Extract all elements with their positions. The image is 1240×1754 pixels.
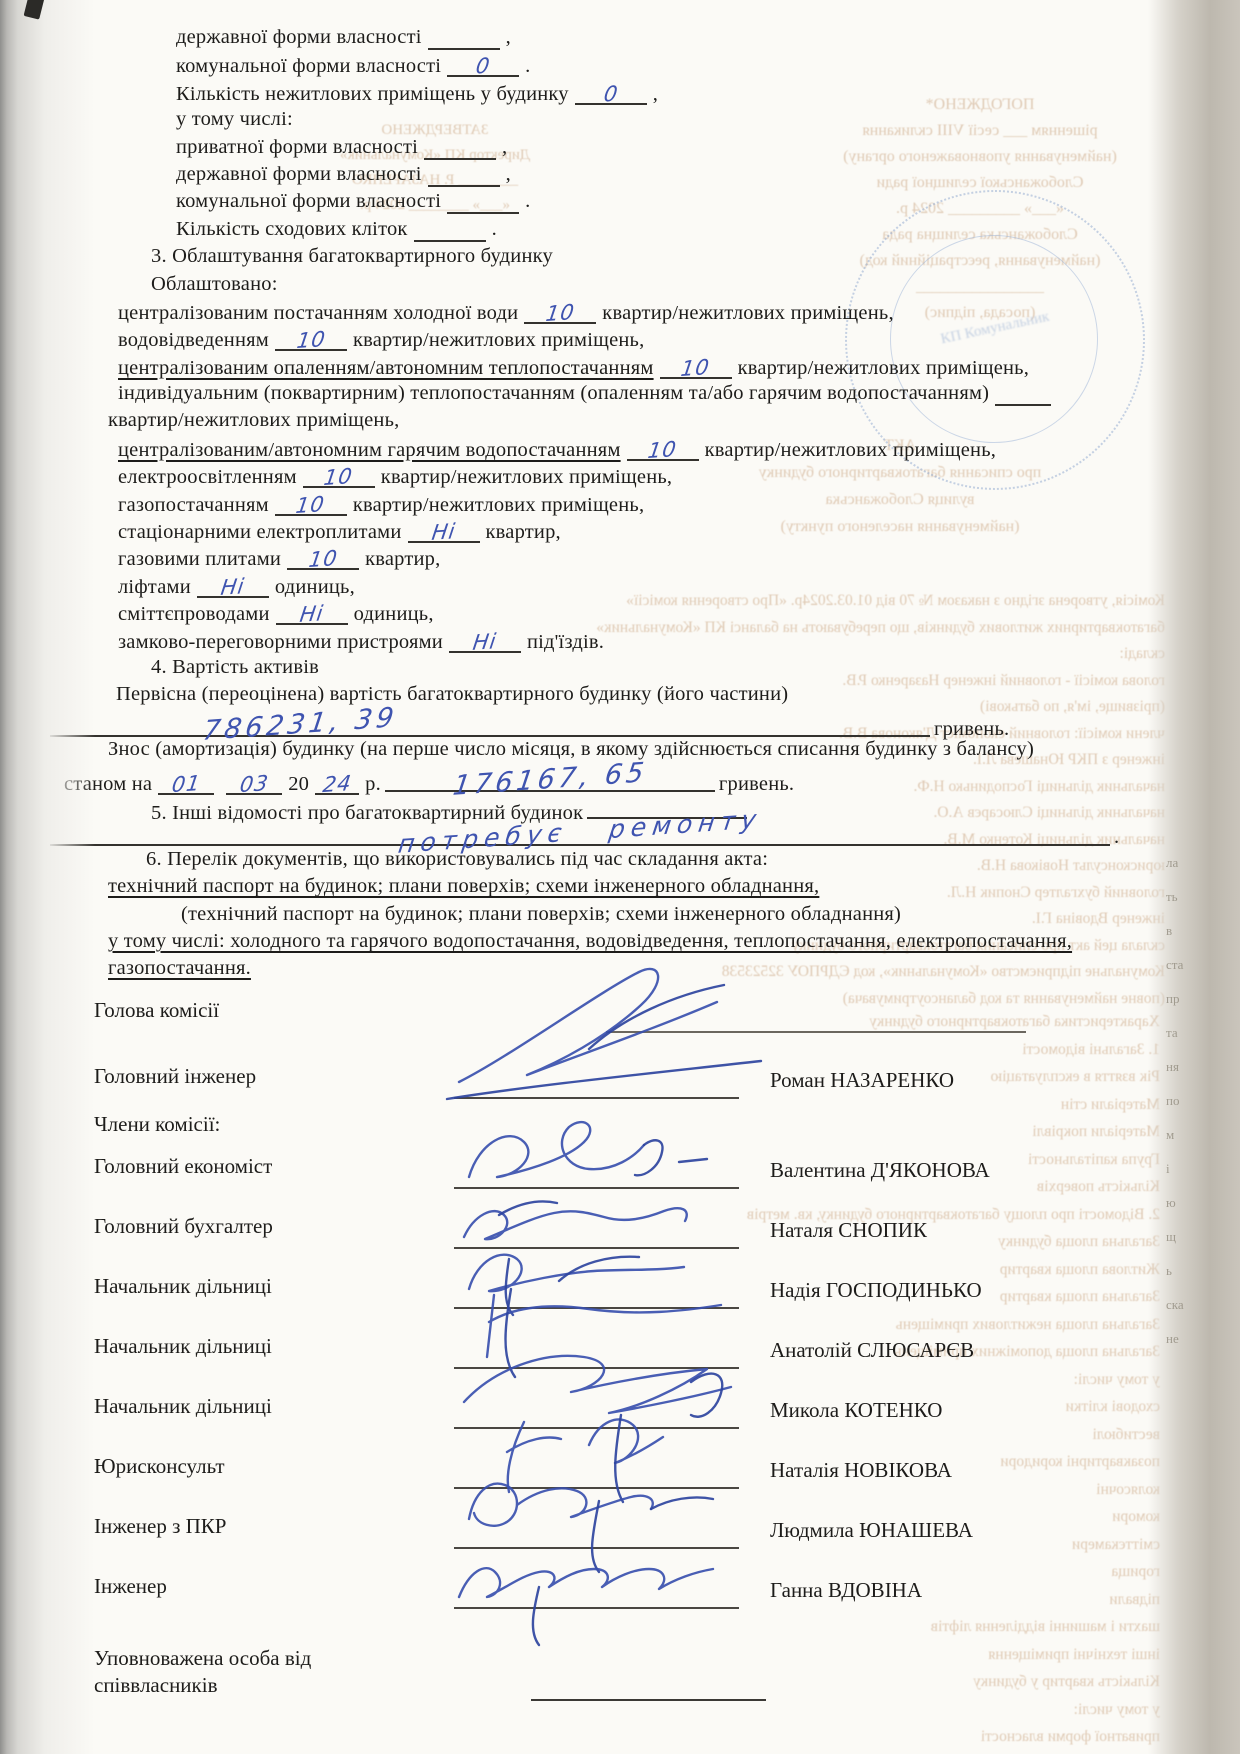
signature-line <box>454 1097 739 1099</box>
form-line-private-ownership: приватної форми власності, <box>176 136 1166 163</box>
section3-heading: 3. Облаштування багатоквартирного будинк… <box>151 245 1166 272</box>
role-label: Уповноважена особа від співвласників <box>94 1645 394 1699</box>
printed-name: Надія ГОСПОДИНЬКО <box>770 1278 982 1303</box>
filled-field: Ні <box>408 519 480 543</box>
other-info-value-line: потребує ремонту. <box>46 820 1166 847</box>
year-field: 24 <box>315 771 359 795</box>
signature-chief-engineer <box>439 957 769 1107</box>
role-label: Головний інженер <box>94 1064 256 1089</box>
printed-name: Ганна ВДОВІНА <box>770 1578 922 1603</box>
form-line-communal-ownership: комунальної форми власності0. <box>176 53 1166 80</box>
form-line-elevators: ліфтамиНіодиниць, <box>118 574 1166 601</box>
form-line-sewerage: водовідведенням10квартир/нежитлових прим… <box>118 327 1166 354</box>
role-label: Інженер з ПКР <box>94 1514 227 1539</box>
form-line-garbage-chutes: сміттєпроводамиНіодиниць, <box>118 601 1166 628</box>
section4-heading: 4. Вартість активів <box>151 656 1166 683</box>
initial-cost-label: Первісна (переоцінена) вартість багатокв… <box>116 683 1166 710</box>
corner-ink-mark <box>24 0 45 20</box>
cost-field: 786231, 39 <box>50 711 930 737</box>
form-line-including: у тому числі: <box>176 108 1166 135</box>
blank-field <box>424 136 496 160</box>
role-label: Юрисконсульт <box>94 1454 225 1479</box>
day-field: 01 <box>158 771 214 795</box>
blank-field <box>995 382 1051 406</box>
printed-name: Анатолій СЛЮСАРЄВ <box>770 1338 974 1363</box>
filled-field: 10 <box>524 300 596 324</box>
form-line-electric-light: електроосвітленням10квартир/нежитлових п… <box>118 464 1166 491</box>
signature-row-owners-representative: Уповноважена особа від співвласників <box>46 1617 1166 1727</box>
role-label: Головний економіст <box>94 1154 272 1179</box>
form-line-gas-supply: газопостачанням10квартир/нежитлових прим… <box>118 492 1166 519</box>
form-line-individual-heating: індивідуальним (поквартирним) теплопоста… <box>118 382 1166 409</box>
form-line-cold-water: централізованим постачанням холодної вод… <box>118 300 1166 327</box>
form-line-state-ownership: державної форми власності, <box>176 26 1166 53</box>
form-line-gas-stoves: газовими плитами10квартир, <box>118 546 1166 573</box>
role-label: Начальник дільниці <box>94 1394 272 1419</box>
equipped-label: Облаштовано: <box>151 273 1166 300</box>
filled-field: 10 <box>660 355 732 379</box>
signature-line <box>454 1607 739 1609</box>
form-line-heating: централізованим опаленням/автономним теп… <box>118 355 1166 382</box>
blank-field <box>414 218 486 242</box>
role-label: Інженер <box>94 1574 167 1599</box>
filled-field: 10 <box>303 464 375 488</box>
documents-list-note: (технічний паспорт на будинок; плани пов… <box>181 903 1166 930</box>
role-label: Начальник дільниці <box>94 1334 272 1359</box>
filled-field: 10 <box>287 546 359 570</box>
scanned-act-page: ЗАТВЕРДЖЕНО Директор КП «Комунальник» __… <box>0 0 1240 1754</box>
signature-row-engineer: Інженер Ганна ВДОВІНА <box>46 1557 1166 1617</box>
printed-name: Людмила ЮНАШЕВА <box>770 1518 973 1543</box>
filled-field: 0 <box>447 53 519 77</box>
ghost-edge-fragments: ла ть в ста пр та ня по м і ю щ ь ска не <box>1166 846 1226 1356</box>
printed-name: Валентина Д'ЯКОНОВА <box>770 1158 990 1183</box>
documents-list-2: у тому числі: холодного та гарячого водо… <box>108 930 1166 957</box>
depreciation-value-line: станом на01032024р.176167, 65гривень. <box>64 766 1166 793</box>
form-line-electric-stoves: стаціонарними електроплитамиНіквартир, <box>118 519 1166 546</box>
filled-field: 10 <box>275 327 347 351</box>
role-label: Начальник дільниці <box>94 1274 272 1299</box>
document-body: державної форми власності, комунальної ф… <box>46 26 1166 985</box>
form-line-wrap: квартир/нежитлових приміщень, <box>108 409 1166 436</box>
signature-engineer <box>439 1527 739 1617</box>
section6-heading: 6. Перелік документів, що використовувал… <box>146 848 1166 875</box>
role-label: Головний бухгалтер <box>94 1214 273 1239</box>
printed-name: Наталія НОВІКОВА <box>770 1458 952 1483</box>
form-line-communal-ownership-2: комунальної форми власності. <box>176 190 1166 217</box>
role-label: Голова комісії <box>94 998 219 1023</box>
filled-field: 10 <box>627 437 699 461</box>
form-line-hot-water: централізованим/автономним гарячим водоп… <box>118 437 1166 464</box>
printed-name: Роман НАЗАРЕНКО <box>770 1068 954 1093</box>
depreciation-field: 176167, 65 <box>385 766 715 792</box>
form-line-staircases: Кількість сходових кліток. <box>176 218 1166 245</box>
form-line-intercoms: замково-переговорними пристроямиНіпід'їз… <box>118 629 1166 656</box>
printed-name: Наталя СНОПИК <box>770 1218 927 1243</box>
month-field: 03 <box>226 771 282 795</box>
blank-field <box>428 163 500 187</box>
signature-row-chief-engineer: Головний інженер Роман НАЗАРЕНКО <box>46 1041 1166 1107</box>
blank-field <box>447 190 519 214</box>
signatures-section: Голова комісії Головний інженер Роман НА… <box>46 985 1166 1727</box>
form-line-nonresidential-count: Кількість нежитлових приміщень у будинку… <box>176 81 1166 108</box>
blank-field <box>428 26 500 50</box>
initial-cost-value-line: 786231, 39гривень. <box>46 711 1166 738</box>
filled-field: 0 <box>575 81 647 105</box>
filled-field: Ні <box>197 574 269 598</box>
form-line-state-ownership-2: державної форми власності, <box>176 163 1166 190</box>
documents-list-1: технічний паспорт на будинок; плани пове… <box>108 875 1166 902</box>
other-info-field: потребує ремонту <box>50 820 1110 846</box>
filled-field: 10 <box>275 492 347 516</box>
filled-field: Ні <box>449 629 521 653</box>
filled-field: Ні <box>276 601 348 625</box>
signature-line-blank <box>531 1699 766 1701</box>
members-header: Члени комісії: <box>94 1112 220 1137</box>
printed-name: Микола КОТЕНКО <box>770 1398 942 1423</box>
